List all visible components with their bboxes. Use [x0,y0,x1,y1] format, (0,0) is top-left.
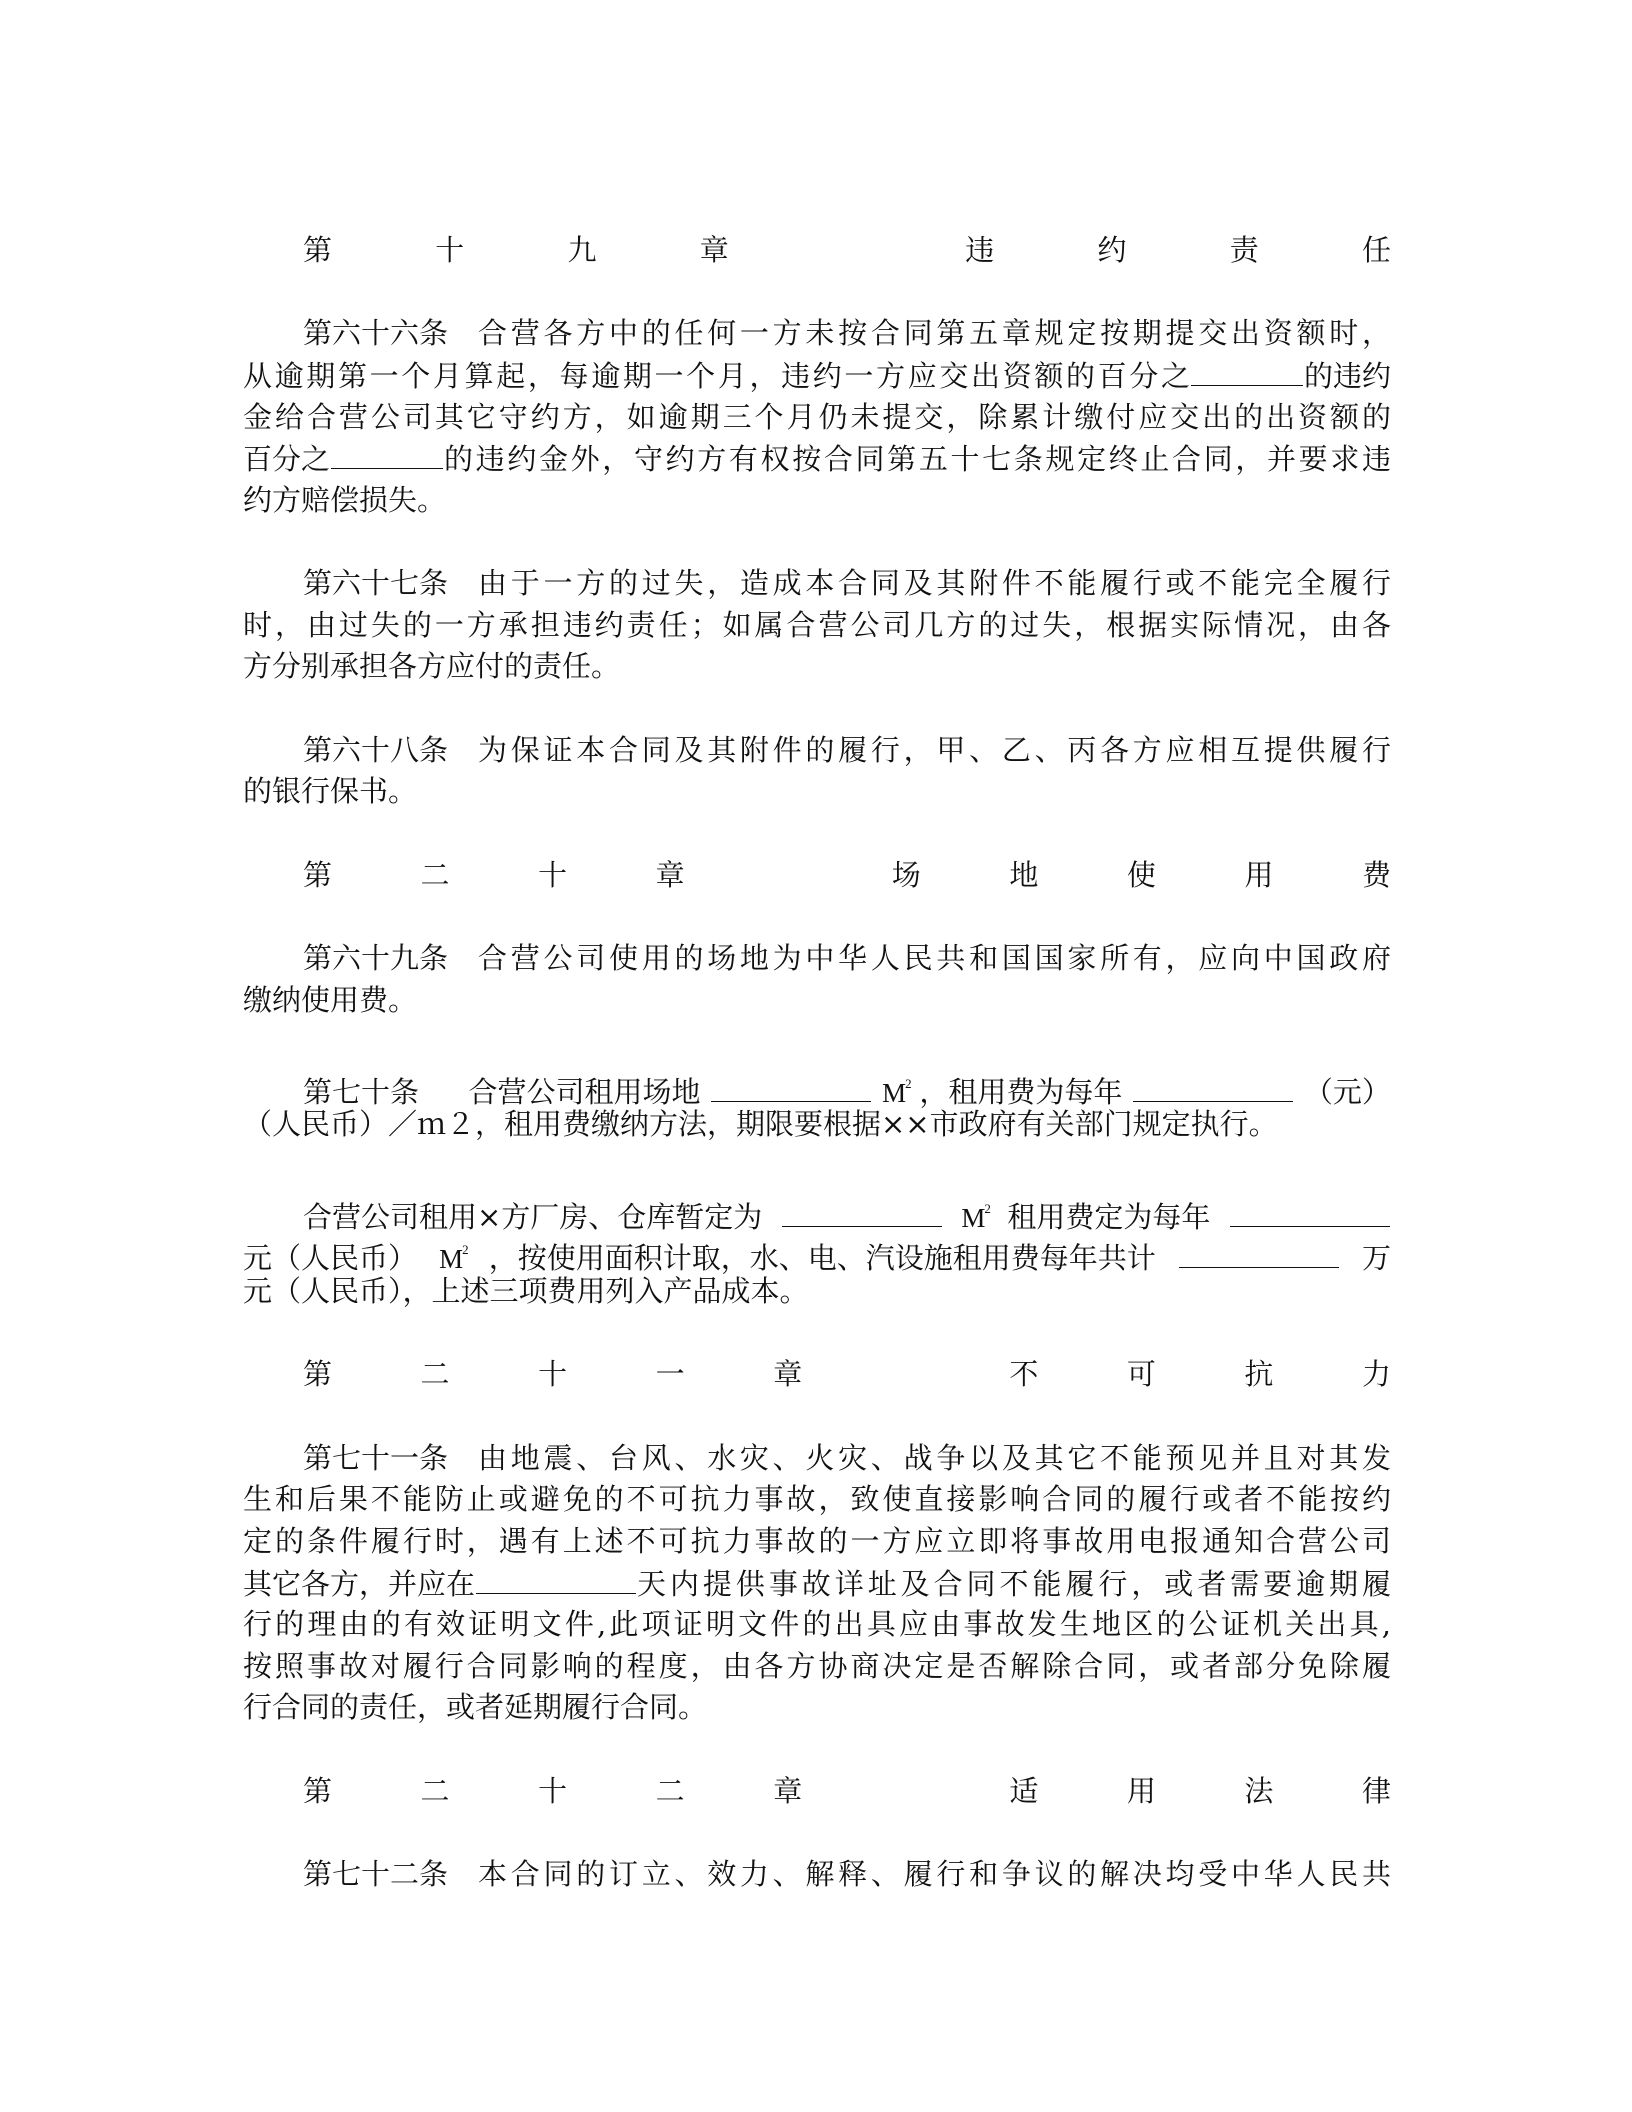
chapter-heading-21: 第二十一章不可抗力 [243,1354,1391,1396]
document-body: 第十九章违约责任 第六十六条合营各方中的任何一方未按合同第五章规定按期提交出资额… [243,230,1391,1896]
article-71-line-5: 行的理由的有效证明文件,此项证明文件的出具应由事故发生地区的公证机关出具, [243,1604,1391,1646]
blank-field [476,1563,636,1594]
article-66-line-1: 第六十六条合营各方中的任何一方未按合同第五章规定按期提交出资额时， [243,313,1391,355]
article-72-line-1: 第七十二条本合同的订立、效力、解释、履行和争议的解决均受中华人民共 [243,1854,1391,1896]
chapter-number: 第二十章 [303,858,773,892]
article-68-line-1: 第六十八条为保证本合同及其附件的履行，甲、乙、丙各方应相互提供履行 [243,730,1391,772]
article-66-line-2: 从逾期第一个月算起，每逾期一个月，违约一方应交出资额的百分之的违约 [243,355,1391,397]
blank-field [1230,1196,1390,1227]
blank-field [331,438,443,469]
article-71-line-3: 定的条件履行时，遇有上述不可抗力事故的一方应立即将事故用电报通知合营公司 [243,1521,1391,1563]
article-71-line-1: 第七十一条由地震、台风、水灾、火灾、战争以及其它不能预见并且对其发 [243,1438,1391,1480]
article-70-line-2: （人民币）／ｍ２，租用费缴纳方法，期限要根据××市政府有关部门规定执行。 [243,1104,1391,1146]
article-66-line-5: 约方赔偿损失。 [243,480,1391,522]
article-71-line-6: 按照事故对履行合同影响的程度，由各方协商决定是否解除合同，或者部分免除履 [243,1646,1391,1688]
article-66-line-4: 百分之的违约金外，守约方有权按合同第五十七条规定终止合同，并要求违 [243,438,1391,480]
chapter-number: 第二十二章 [303,1774,891,1808]
article-67-line-3: 方分别承担各方应付的责任。 [243,646,1391,688]
article-69-line-1: 第六十九条合营公司使用的场地为中华人民共和国国家所有，应向中国政府 [243,938,1391,980]
blank-field [782,1196,942,1227]
article-number: 第六十六条 [303,313,448,355]
article-71-line-7: 行合同的责任，或者延期履行合同。 [243,1687,1391,1729]
article-71-line-4: 其它各方，并应在天内提供事故详址及合同不能履行，或者需要逾期履 [243,1563,1391,1605]
chapter-heading-22: 第二十二章适用法律 [243,1771,1391,1813]
article-67-line-1: 第六十七条由于一方的过失，造成本合同及其附件不能履行或不能完全履行 [243,563,1391,605]
article-66-line-3: 金给合营公司其它守约方，如逾期三个月仍未提交，除累计缴付应交出的出资额的 [243,397,1391,439]
blank-field [1191,355,1303,386]
document-page: 第十九章违约责任 第六十六条合营各方中的任何一方未按合同第五章规定按期提交出资额… [0,0,1632,2112]
article-69-line-2: 缴纳使用费。 [243,980,1391,1022]
article-number: 第六十八条 [303,730,448,772]
blank-field [1133,1071,1293,1102]
rental-paragraph-line-1: 合营公司租用×方厂房、仓库暂定为M2租用费定为每年 [243,1188,1391,1230]
article-68-line-2: 的银行保书。 [243,771,1391,813]
chapter-heading-20: 第二十章场地使用费 [243,855,1391,897]
chapter-heading-19: 第十九章违约责任 [243,230,1391,272]
chapter-number: 第十九章 [303,233,832,267]
article-number: 第六十七条 [303,563,448,605]
area-unit: M2 [961,1188,989,1240]
article-71-line-2: 生和后果不能防止或避免的不可抗力事故，致使直接影响合同的履行或者不能按约 [243,1479,1391,1521]
chapter-title: 场地使用费 [803,858,1391,892]
article-number: 第七十二条 [303,1854,448,1896]
blank-field [1179,1237,1339,1268]
chapter-title: 违约责任 [862,233,1391,267]
article-67-line-2: 时，由过失的一方承担违约责任；如属合营公司几方的过失，根据实际情况，由各 [243,605,1391,647]
article-70-line-1: 第七十条合营公司租用场地M2，租用费为每年（元） [243,1063,1391,1105]
chapter-title: 适用法律 [921,1774,1391,1808]
article-number: 第六十九条 [303,938,448,980]
blank-field [711,1071,871,1102]
chapter-title: 不可抗力 [921,1357,1391,1391]
chapter-number: 第二十一章 [303,1357,891,1391]
article-number: 第七十一条 [303,1438,448,1480]
